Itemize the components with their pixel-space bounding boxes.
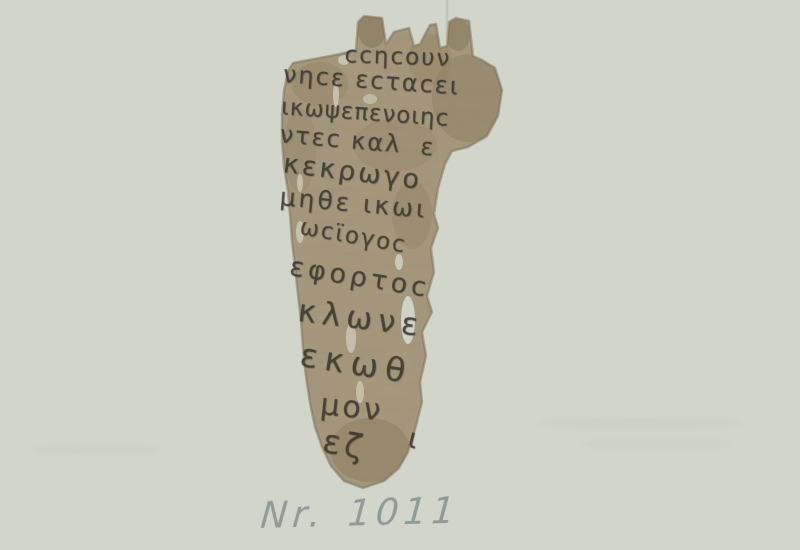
papyrus-fragment <box>0 0 800 550</box>
photo-canvas: ϲϲηϲουννηϲε εϲταϲειικωψεπενοιηϲντεϲ καλ … <box>0 0 800 550</box>
catalog-number-caption: Nr. 1011 <box>259 494 461 535</box>
